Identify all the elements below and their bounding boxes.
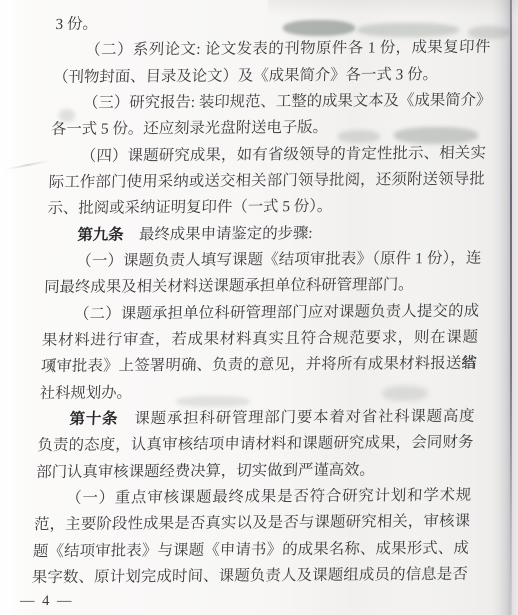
text-line: （二）系列论文: 论文发表的刊物原件各 1 份，成果复印件	[54, 35, 491, 65]
text-line: 负责的态度，认真审核结项申请材料和课题研究成果，会同财务	[37, 430, 474, 460]
text-line: 项审批表》上签署明确、负责的意见，并将所有成果材料报送省	[40, 351, 477, 381]
text-line: 果材料进行审查，若成果材料真实且符合规范要求，则在课题《结	[41, 325, 478, 355]
text-line: 第十条 课题承担科研管理部门要本着对省社科课题高度	[38, 404, 475, 434]
text-line: 各一式 5 份。还应刻录光盘附送电子版。	[50, 114, 487, 144]
page-right-edge-line	[510, 0, 513, 615]
text-line: （刊物封面、目录及论文）及《成果简介》各一式 3 份。	[53, 61, 490, 91]
scratch-artifact	[6, 160, 50, 170]
document-text-block: 3 份。（二）系列论文: 论文发表的刊物原件各 1 份，成果复印件（刊物封面、目…	[31, 9, 492, 592]
text-line: 部门认真审核课题经费决算，切实做到严谨高效。	[36, 456, 473, 486]
text-line: 题《结项审批表》与课题《申请书》的成果名称、成果形式、成	[32, 535, 469, 565]
text-line: （一）课题负责人填写课题《结项审批表》（原件 1 份），连	[45, 246, 482, 276]
text-line: （四）课题研究成果，如有省级领导的肯定性批示、相关实	[49, 140, 486, 170]
text-line: （二）课题承担单位科研管理部门应对课题负责人提交的成	[42, 298, 479, 328]
scanned-document-page: 3 份。（二）系列论文: 论文发表的刊物原件各 1 份，成果复印件（刊物封面、目…	[0, 0, 518, 615]
text-line: 际工作部门使用采纳或送交相关部门领导批阅，还须附送领导批	[48, 167, 485, 197]
text-lines-container: 3 份。（二）系列论文: 论文发表的刊物原件各 1 份，成果复印件（刊物封面、目…	[31, 9, 492, 592]
text-line: （三）研究报告: 装印规范、工整的成果文本及《成果简介》	[51, 88, 488, 118]
text-line: 3 份。	[55, 9, 492, 39]
text-line: 范，主要阶段性成果是否真实以及是否与课题研究相关，审核课	[33, 509, 470, 539]
text-line: 社科规划办。	[39, 377, 476, 407]
text-line: 同最终成果及相关材料送课题承担单位科研管理部门。	[44, 272, 481, 302]
text-line: 第九条 最终成果申请鉴定的步骤:	[46, 219, 483, 249]
text-line: （一）重点审核课题最终成果是否符合研究计划和学术规	[35, 483, 472, 513]
page-number: — 4 —	[20, 593, 74, 610]
article-number: 第十条	[69, 410, 118, 427]
text-line: 示、批阅或采纳证明复印件（一式 5 份）。	[47, 193, 484, 223]
text-line: 果字数、原计划完成时间、课题负责人及课题组成员的信息是否	[31, 562, 468, 592]
page-right-edge-shadow	[492, 0, 518, 615]
article-number: 第九条	[77, 226, 124, 243]
